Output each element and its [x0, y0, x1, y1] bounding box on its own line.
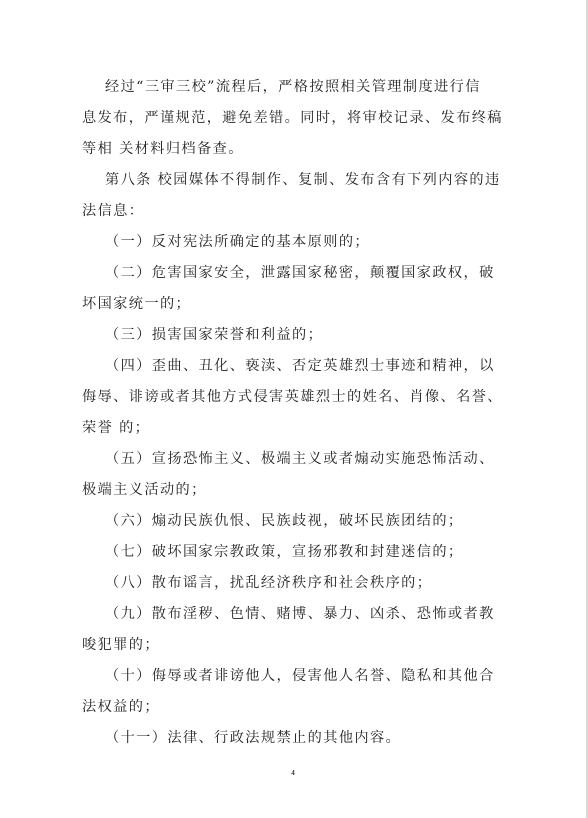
list-item-11: （十一）法律、行政法规禁止的其他内容。	[82, 723, 506, 754]
article-8-heading-line-1: 第八条 校园媒体不得制作、复制、发布含有下列内容的违	[82, 165, 506, 196]
list-item-10-line-1: （十）侮辱或者诽谤他人，侵害他人名誉、隐私和其他合	[82, 661, 506, 692]
list-item-7: （七）破坏国家宗教政策，宣扬邪教和封建迷信的；	[82, 537, 506, 568]
list-item-5-line-1: （五）宣扬恐怖主义、极端主义或者煽动实施恐怖活动、	[82, 444, 506, 475]
list-item-4-line-2: 侮辱、诽谤或者其他方式侵害英雄烈士的姓名、肖像、名誉、	[82, 382, 506, 413]
list-item-4-line-3: 荣誉 的；	[82, 413, 506, 444]
list-item-9-line-2: 唆犯罪的；	[82, 630, 506, 661]
page-number: 4	[288, 769, 298, 777]
list-item-1: （一）反对宪法所确定的基本原则的；	[82, 227, 506, 258]
paragraph-review-process-line-2: 息发布，严谨规范，避免差错。同时，将审校记录、发布终稿	[82, 103, 506, 134]
document-body: 经过“三审三校”流程后，严格按照相关管理制度进行信 息发布，严谨规范，避免差错。…	[82, 72, 506, 754]
list-item-5-line-2: 极端主义活动的；	[82, 475, 506, 506]
list-item-6: （六）煽动民族仇恨、民族歧视，破坏民族团结的；	[82, 506, 506, 537]
paragraph-review-process-line-1: 经过“三审三校”流程后，严格按照相关管理制度进行信	[82, 72, 506, 103]
list-item-9-line-1: （九）散布淫秽、色情、赌博、暴力、凶杀、恐怖或者教	[82, 599, 506, 630]
article-8-heading-line-2: 法信息：	[82, 196, 506, 227]
list-item-8: （八）散布谣言，扰乱经济秩序和社会秩序的；	[82, 568, 506, 599]
list-item-3: （三）损害国家荣誉和利益的；	[82, 320, 506, 351]
list-item-2-line-2: 坏国家统一的；	[82, 289, 506, 320]
paragraph-review-process-line-3: 等相 关材料归档备查。	[82, 134, 506, 165]
list-item-10-line-2: 法权益的；	[82, 692, 506, 723]
list-item-4-line-1: （四）歪曲、丑化、亵渎、否定英雄烈士事迹和精神，以	[82, 351, 506, 382]
document-page: 经过“三审三校”流程后，严格按照相关管理制度进行信 息发布，严谨规范，避免差错。…	[0, 0, 586, 818]
list-item-2-line-1: （二）危害国家安全，泄露国家秘密，颠覆国家政权，破	[82, 258, 506, 289]
